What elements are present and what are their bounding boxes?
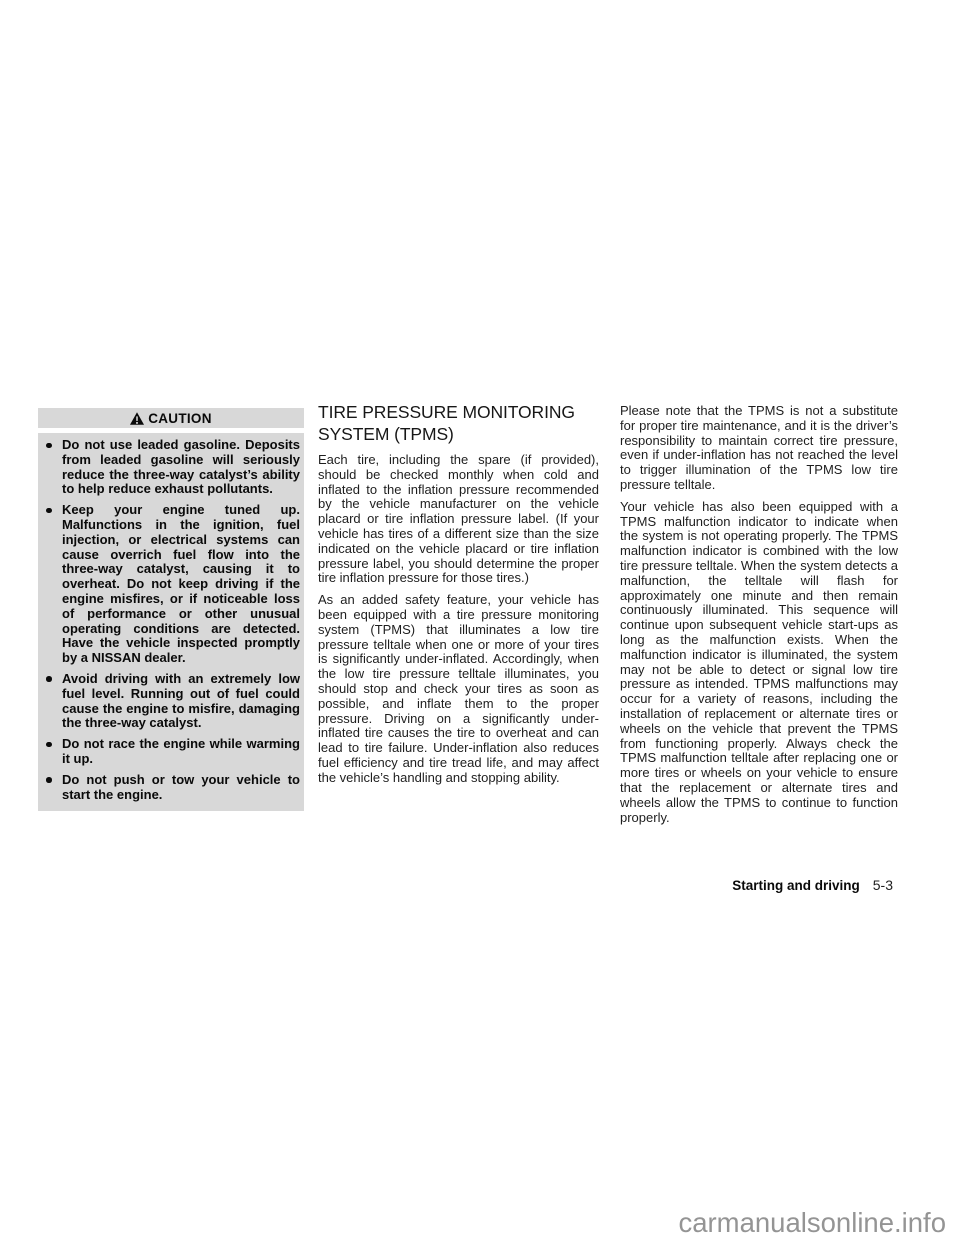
footer-page-number: 5-3 (873, 877, 893, 893)
paragraph-tpms-intro: Each tire, including the spare (if provi… (318, 453, 599, 586)
caution-item: Do not use leaded gasoline. Deposits fro… (45, 438, 300, 497)
caution-item: Do not race the engine while warming it … (45, 737, 300, 767)
watermark-text: carmanualsonline.info (678, 1208, 946, 1238)
footer-section-title: Starting and driving (732, 878, 860, 893)
caution-list: Do not use leaded gasoline. Deposits fro… (38, 433, 304, 811)
manual-page: CAUTION Do not use leaded gasoline. Depo… (0, 0, 960, 1242)
paragraph-tpms-malfunction-indicator: Your vehicle has also been equipped with… (620, 500, 898, 826)
article-heading: TIRE PRESSURE MONITORING SYSTEM (TPMS) (318, 401, 599, 445)
warning-triangle-icon (130, 412, 144, 425)
caution-item: Do not push or tow your vehicle to start… (45, 773, 300, 803)
caution-title: CAUTION (148, 411, 212, 426)
paragraph-tpms-note: Please note that the TPMS is not a subst… (620, 404, 898, 493)
caution-item: Keep your engine tuned up. Malfunctions … (45, 503, 300, 666)
article-column-middle: TIRE PRESSURE MONITORING SYSTEM (TPMS) E… (318, 401, 599, 793)
caution-header: CAUTION (38, 408, 304, 428)
caution-box: CAUTION Do not use leaded gasoline. Depo… (38, 408, 304, 811)
article-column-right: Please note that the TPMS is not a subst… (620, 404, 898, 832)
paragraph-tpms-safety-feature: As an added safety feature, your vehicle… (318, 593, 599, 785)
page-footer: Starting and driving 5-3 (732, 877, 893, 893)
caution-item: Avoid driving with an extremely low fuel… (45, 672, 300, 731)
